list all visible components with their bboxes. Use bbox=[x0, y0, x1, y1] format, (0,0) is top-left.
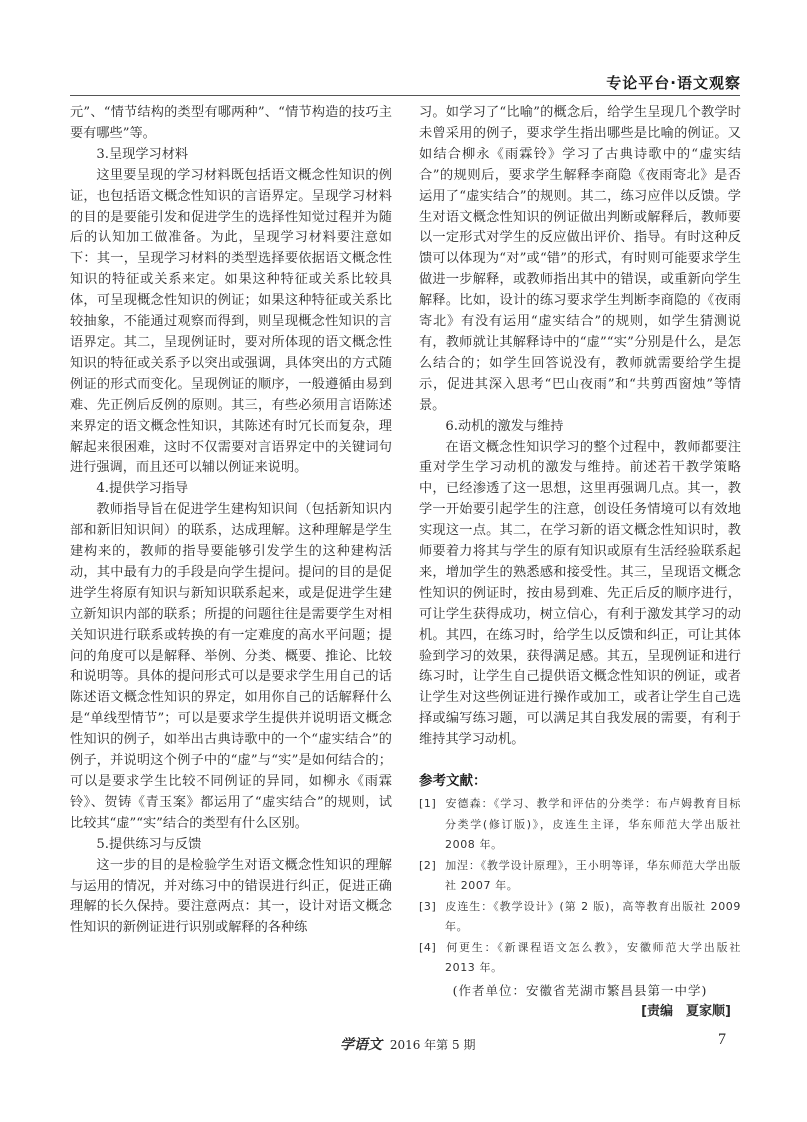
reference-item: [3]皮连生：《教学设计》(第 2 版)，高等教育出版社 2009 年。 bbox=[419, 897, 741, 938]
section-3-body: 这里要呈现的学习材料既包括语文概念性知识的例证，也包括语文概念性知识的言语界定。… bbox=[70, 166, 392, 480]
references-heading: 参考文献： bbox=[419, 771, 741, 792]
right-column: 习。如学习了“比喻”的概念后，给学生呈现几个教学时未曾采用的例子，要求学生指出哪… bbox=[419, 103, 741, 1023]
reference-item: [4]何更生：《新课程语文怎么教》，安徽师范大学出版社 2013 年。 bbox=[419, 938, 741, 979]
reference-number: [2] bbox=[419, 856, 445, 877]
reference-number: [3] bbox=[419, 897, 445, 918]
reference-text: 何更生：《新课程语文怎么教》，安徽师范大学出版社 2013 年。 bbox=[445, 941, 741, 975]
responsible-editor: [责编 夏家顺] bbox=[419, 1001, 741, 1023]
author-affiliation: (作者单位：安徽省芜湖市繁昌县第一中学) bbox=[419, 980, 741, 1001]
issue-label: 2016 年第 5 期 bbox=[390, 1038, 476, 1052]
header-rule bbox=[70, 95, 740, 96]
reference-item: [1]安德森：《学习、教学和评估的分类学：布卢姆教育目标分类学(修订版)》，皮连… bbox=[419, 794, 741, 856]
paragraph-continued: 元”、“情节结构的类型有哪两种”、“情节构造的技巧主要有哪些”等。 bbox=[70, 103, 392, 145]
running-head: 专论平台·语文观察 bbox=[606, 72, 741, 93]
journal-name: 学语文 bbox=[340, 1037, 382, 1053]
section-heading-3: 3.呈现学习材料 bbox=[70, 145, 392, 166]
section-5-continued: 习。如学习了“比喻”的概念后，给学生呈现几个教学时未曾采用的例子，要求学生指出哪… bbox=[419, 103, 741, 417]
section-heading-4: 4.提供学习指导 bbox=[70, 479, 392, 500]
footer-journal-info: 学语文 2016 年第 5 期 bbox=[340, 1034, 475, 1054]
left-column: 元”、“情节结构的类型有哪两种”、“情节构造的技巧主要有哪些”等。 3.呈现学习… bbox=[70, 103, 392, 939]
section-5-body: 这一步的目的是检验学生对语文概念性知识的理解与运用的情况，并对练习中的错误进行纠… bbox=[70, 856, 392, 940]
reference-number: [1] bbox=[419, 794, 445, 815]
section-heading-6: 6.动机的激发与维持 bbox=[419, 417, 741, 438]
reference-text: 加涅：《教学设计原理》，王小明等译，华东师范大学出版社 2007 年。 bbox=[445, 859, 741, 893]
reference-text: 皮连生：《教学设计》(第 2 版)，高等教育出版社 2009 年。 bbox=[445, 900, 741, 934]
page-footer: 学语文 2016 年第 5 期 7 bbox=[0, 1034, 807, 1054]
reference-item: [2]加涅：《教学设计原理》，王小明等译，华东师范大学出版社 2007 年。 bbox=[419, 856, 741, 897]
reference-text: 安德森：《学习、教学和评估的分类学：布卢姆教育目标分类学(修订版)》，皮连生主译… bbox=[445, 797, 741, 851]
section-heading-5: 5.提供练习与反馈 bbox=[70, 835, 392, 856]
section-4-body: 教师指导旨在促进学生建构知识间（包括新知识内部和新旧知识间）的联系，达成理解。这… bbox=[70, 500, 392, 835]
section-6-body: 在语文概念性知识学习的整个过程中，教师都要注重对学生学习动机的激发与维持。前述若… bbox=[419, 438, 741, 752]
reference-number: [4] bbox=[419, 938, 445, 959]
journal-page: 专论平台·语文观察 元”、“情节结构的类型有哪两种”、“情节构造的技巧主要有哪些… bbox=[0, 0, 807, 1122]
page-number: 7 bbox=[718, 1031, 726, 1049]
